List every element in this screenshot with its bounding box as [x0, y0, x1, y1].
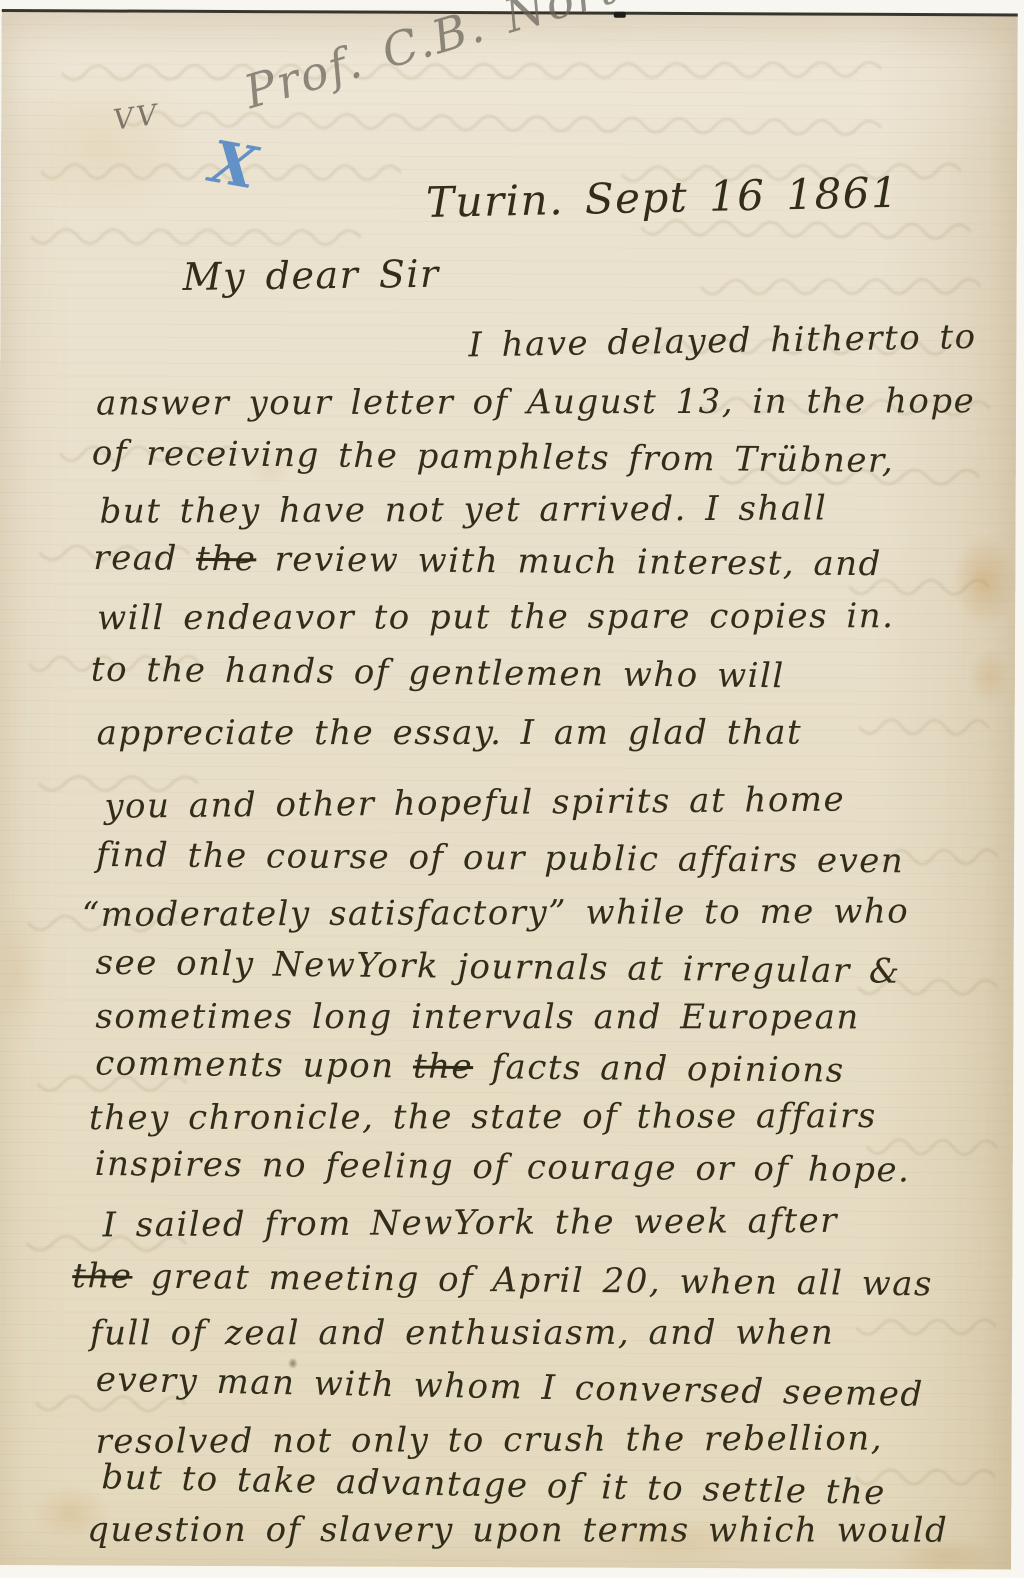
letter-line: full of zeal and enthusiasm, and when	[90, 1310, 834, 1357]
letter-line: to the hands of gentlemen who will	[91, 647, 785, 700]
letter-line: find the course of our public affairs ev…	[96, 832, 905, 884]
letter-line: question of slavery upon terms which wou…	[87, 1507, 948, 1554]
letter-line: comments upon the facts and opinions	[95, 1040, 845, 1093]
letter-line: read the review with much interest, and	[93, 535, 882, 587]
letter-line: but they have not yet arrived. I shall	[100, 485, 828, 534]
letter-line: they chronicle, the state of those affai…	[89, 1093, 877, 1141]
letter-line: “moderately satisfactory” while to me wh…	[82, 888, 910, 938]
letter-body: I have delayed hitherto toanswer your le…	[0, 12, 1018, 1569]
letter-page: Prof. C.B. Norton VV X Turin. Sept 16 18…	[0, 9, 1018, 1569]
letter-line: the great meeting of April 20, when all …	[72, 1253, 933, 1307]
letter-line: answer your letter of August 13, in the …	[96, 378, 975, 426]
letter-line: you and other hopeful spirits at home	[104, 777, 845, 830]
letter-line: of receiving the pamphlets from Trübner,	[92, 430, 895, 484]
letter-line: see only NewYork journals at irregular &	[95, 940, 901, 995]
letter-line: every man with whom I conversed seemed	[95, 1357, 924, 1418]
letter-line: I sailed from NewYork the week after	[102, 1198, 838, 1248]
scan-background: Prof. C.B. Norton VV X Turin. Sept 16 18…	[0, 0, 1024, 1578]
letter-line: appreciate the essay. I am glad that	[97, 710, 803, 757]
letter-line: sometimes long intervals and European	[95, 994, 859, 1041]
letter-line: will endeavor to put the spare copies in…	[97, 593, 894, 641]
letter-line: inspires no feeling of courage or of hop…	[95, 1141, 911, 1193]
letter-line: I have delayed hitherto to	[468, 314, 977, 368]
